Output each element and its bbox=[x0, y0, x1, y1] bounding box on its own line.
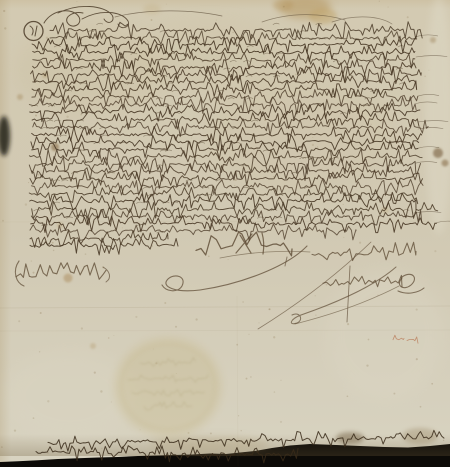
speck bbox=[343, 204, 344, 205]
speck bbox=[443, 440, 444, 441]
stain bbox=[433, 148, 443, 158]
speck bbox=[47, 400, 49, 402]
speck bbox=[280, 380, 281, 381]
speck bbox=[326, 284, 328, 286]
speck bbox=[315, 295, 316, 296]
speck bbox=[424, 76, 426, 78]
speck bbox=[164, 302, 166, 304]
speck bbox=[238, 415, 239, 416]
speck bbox=[39, 351, 40, 352]
speck bbox=[2, 220, 4, 222]
speck bbox=[347, 323, 349, 325]
speck bbox=[232, 32, 234, 34]
speck bbox=[374, 220, 375, 221]
speck bbox=[280, 421, 282, 423]
speck bbox=[31, 260, 32, 261]
speck bbox=[216, 20, 217, 21]
speck bbox=[114, 335, 115, 336]
speck bbox=[242, 301, 244, 303]
speck bbox=[407, 137, 408, 138]
speck bbox=[40, 312, 42, 314]
speck bbox=[236, 344, 238, 346]
speck bbox=[122, 227, 123, 228]
speck bbox=[53, 250, 55, 252]
speck bbox=[258, 322, 259, 323]
stain bbox=[442, 160, 449, 167]
speck bbox=[175, 326, 177, 328]
speck bbox=[66, 116, 68, 118]
speck bbox=[210, 432, 212, 434]
speck bbox=[25, 203, 27, 205]
speck bbox=[1, 446, 3, 448]
speck bbox=[94, 372, 96, 374]
speck bbox=[274, 391, 275, 392]
speck bbox=[37, 174, 39, 176]
speck bbox=[52, 242, 54, 244]
speck bbox=[108, 337, 110, 339]
speck bbox=[35, 114, 37, 116]
stain bbox=[143, 4, 161, 14]
speck bbox=[368, 339, 370, 341]
speck bbox=[228, 259, 229, 260]
speck bbox=[283, 6, 285, 8]
speck bbox=[33, 272, 35, 274]
speck bbox=[80, 114, 82, 116]
stain bbox=[402, 428, 438, 444]
speck bbox=[248, 334, 249, 335]
seal-impression bbox=[114, 337, 222, 437]
speck bbox=[81, 327, 83, 329]
speck bbox=[343, 237, 344, 238]
speck bbox=[312, 137, 313, 138]
speck bbox=[85, 253, 87, 255]
speck bbox=[76, 1, 77, 2]
speck bbox=[4, 27, 6, 29]
speck bbox=[431, 383, 433, 385]
speck bbox=[152, 245, 153, 246]
speck bbox=[393, 393, 395, 395]
speck bbox=[348, 196, 349, 197]
speck bbox=[185, 211, 186, 212]
speck bbox=[315, 314, 316, 315]
speck bbox=[135, 316, 137, 318]
speck bbox=[100, 390, 102, 392]
speck bbox=[259, 109, 261, 111]
speck bbox=[241, 430, 242, 431]
speck bbox=[388, 7, 389, 8]
speck bbox=[166, 4, 167, 5]
speck bbox=[312, 144, 314, 146]
speck bbox=[416, 358, 418, 360]
speck bbox=[371, 124, 372, 125]
speck bbox=[28, 182, 29, 183]
speck bbox=[295, 73, 297, 75]
stain bbox=[430, 37, 436, 43]
speck bbox=[14, 429, 16, 431]
scanned-document-page bbox=[0, 0, 450, 467]
speck bbox=[191, 138, 192, 139]
speck bbox=[208, 255, 210, 257]
speck bbox=[250, 376, 251, 377]
stain bbox=[90, 343, 96, 349]
speck bbox=[420, 406, 422, 408]
speck bbox=[246, 378, 248, 380]
speck bbox=[416, 309, 418, 311]
speck bbox=[235, 179, 237, 181]
speck bbox=[379, 1, 380, 2]
speck bbox=[234, 185, 236, 187]
seal-disc bbox=[114, 337, 222, 437]
speck bbox=[195, 318, 197, 320]
speck bbox=[269, 308, 271, 310]
stain bbox=[64, 274, 73, 283]
speck bbox=[407, 16, 409, 18]
speck bbox=[366, 364, 368, 366]
speck bbox=[33, 417, 35, 419]
speck bbox=[347, 395, 349, 397]
stain bbox=[325, 270, 445, 400]
speck bbox=[273, 336, 275, 338]
speck bbox=[3, 10, 5, 12]
top-edge-shadow bbox=[0, 0, 450, 9]
manuscript-scan bbox=[0, 0, 450, 467]
speck bbox=[101, 448, 102, 449]
speck bbox=[142, 118, 143, 119]
speck bbox=[111, 401, 112, 402]
speck bbox=[428, 70, 429, 71]
speck bbox=[18, 320, 20, 322]
speck bbox=[106, 93, 108, 95]
speck bbox=[434, 250, 436, 252]
speck bbox=[151, 19, 153, 21]
speck bbox=[359, 242, 361, 244]
speck bbox=[317, 146, 318, 147]
stain bbox=[17, 94, 23, 100]
speck bbox=[148, 163, 149, 164]
